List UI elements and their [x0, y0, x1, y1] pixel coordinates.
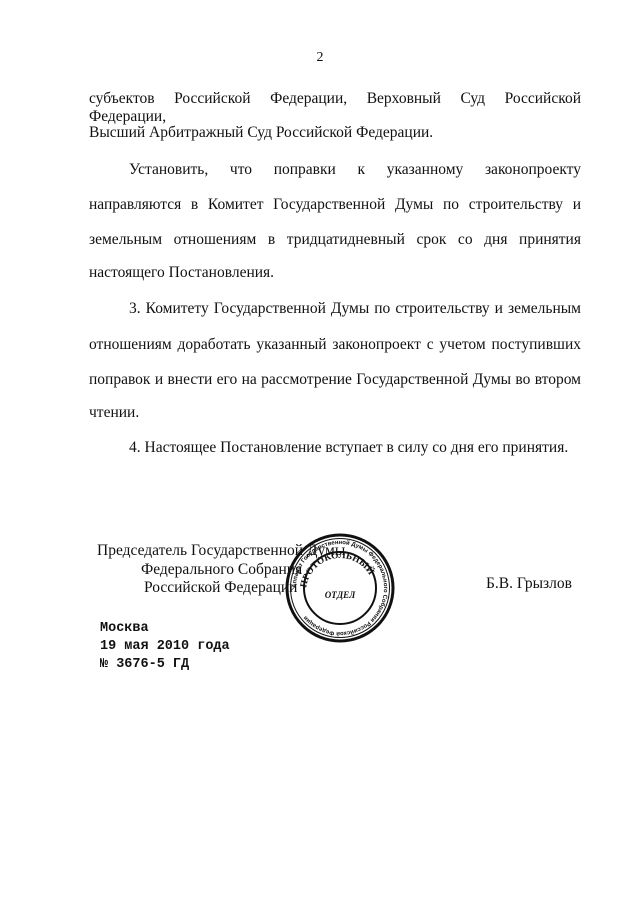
official-stamp-icon: Аппарат Государственной Думы Федеральног… — [284, 532, 396, 644]
body-line: настоящего Постановления. — [89, 264, 581, 282]
signer-name: Б.В. Грызлов — [486, 575, 572, 593]
body-line: Установить, что поправки к указанному за… — [129, 161, 581, 179]
body-line: 4. Настоящее Постановление вступает в си… — [129, 439, 621, 457]
body-line: Высший Арбитражный Суд Российской Федера… — [89, 124, 581, 142]
body-line: направляются в Комитет Государственной Д… — [89, 196, 581, 214]
body-line: 3. Комитету Государственной Думы по стро… — [129, 300, 581, 318]
body-line: чтении. — [89, 404, 581, 422]
footer-date: 19 мая 2010 года — [100, 637, 230, 657]
page-number: 2 — [0, 50, 640, 66]
stamp-center-bottom: ОТДЕЛ — [325, 590, 356, 600]
footer-document-number: № 3676-5 ГД — [100, 655, 189, 675]
body-line: земельным отношениям в тридцатидневный с… — [89, 231, 581, 249]
signature-title-line: Федерального Собрания — [141, 560, 302, 580]
body-line: субъектов Российской Федерации, Верховны… — [89, 90, 581, 126]
body-line: отношениям доработать указанный законопр… — [89, 336, 581, 354]
signature-title-line: Российской Федерации — [144, 578, 297, 598]
footer-city: Москва — [100, 619, 149, 639]
body-line: поправок и внести его на рассмотрение Го… — [89, 371, 581, 389]
